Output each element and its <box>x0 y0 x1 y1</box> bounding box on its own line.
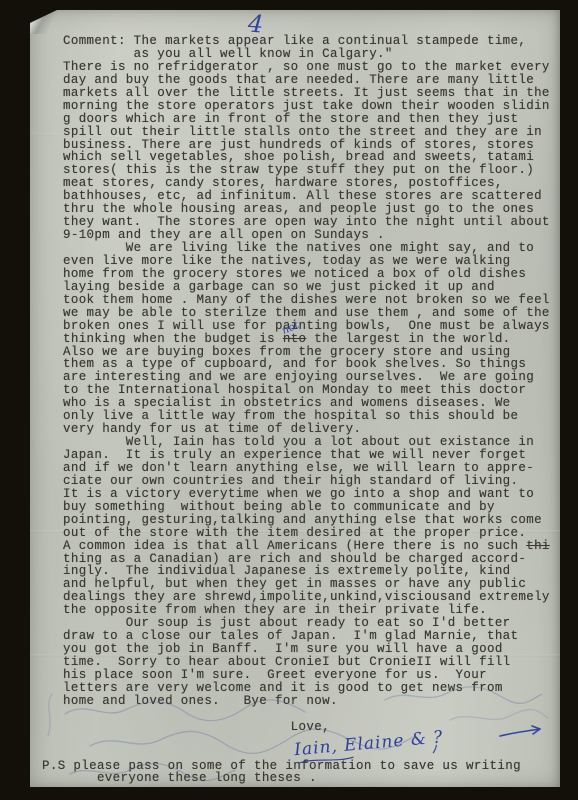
letter-line: as you all well know in Calgary." <box>63 48 554 61</box>
letter-line: day and buy the goods that are needed. T… <box>63 74 554 87</box>
typed-text: thinking when the budget is <box>63 332 283 346</box>
letter-line: and if we don't learn anything else, we … <box>63 462 554 475</box>
letter-line: markets all over the little streets. It … <box>63 87 554 100</box>
letter-line: home from the grocery stores we noticed … <box>63 268 554 281</box>
letter-line: A common idea is that all Americans (Her… <box>63 540 554 553</box>
letter-line: g doors which are in front of the store … <box>63 113 554 126</box>
typed-strikethrough: ntonot <box>283 332 307 346</box>
letter-page: 4 Comment: The markets appear like a con… <box>30 10 560 787</box>
letter-line: home and loved ones. Bye for now. <box>63 695 554 708</box>
letter-line: pointing, gesturing,talking and anything… <box>63 514 554 527</box>
folded-corner <box>30 10 70 34</box>
typed-text: the largest in the world. <box>306 332 510 346</box>
letter-line: laying beside a garbage can so we just p… <box>63 281 554 294</box>
letter-line: There is no refridgerator , so one must … <box>63 61 554 74</box>
letter-line: spill out their little stalls onto the s… <box>63 126 554 139</box>
letter-line: It is a victory everytime when we go int… <box>63 488 554 501</box>
letter-line: We are living like the natives one might… <box>63 242 554 255</box>
letter-line: his place soon I'm sure. Greet everyone … <box>63 669 554 682</box>
letter-body: Comment: The markets appear like a conti… <box>42 35 554 785</box>
letter-line <box>63 708 554 721</box>
letter-line: ciate our own countries and their high s… <box>63 475 554 488</box>
letter-line: thinking when the budget is ntonot the l… <box>63 333 554 346</box>
letter-line: everyone these long theses . <box>42 772 554 785</box>
letter-line: Japan. It is truly an experience that we… <box>63 449 554 462</box>
scan-background: { "document": { "kind": "typewritten air… <box>0 0 578 800</box>
letter-line: even live more like the natives, today a… <box>63 255 554 268</box>
letter-line: took them home . Many of the dishes were… <box>63 294 554 307</box>
arrow-annotation <box>496 720 554 742</box>
letter-line: time. Sorry to hear about CronieI but Cr… <box>63 656 554 669</box>
letter-line: Comment: The markets appear like a conti… <box>63 35 554 48</box>
typed-text: A common idea is that all Americans (Her… <box>63 539 526 553</box>
letter-line: buy something without being able to comm… <box>63 501 554 514</box>
letter-line: morning the store operators just take do… <box>63 100 554 113</box>
typed-strikethrough: thi <box>526 539 550 553</box>
letter-line: we may be able to sterilze them and use … <box>63 307 554 320</box>
letter-line: letters are very welcome and it is good … <box>63 682 554 695</box>
